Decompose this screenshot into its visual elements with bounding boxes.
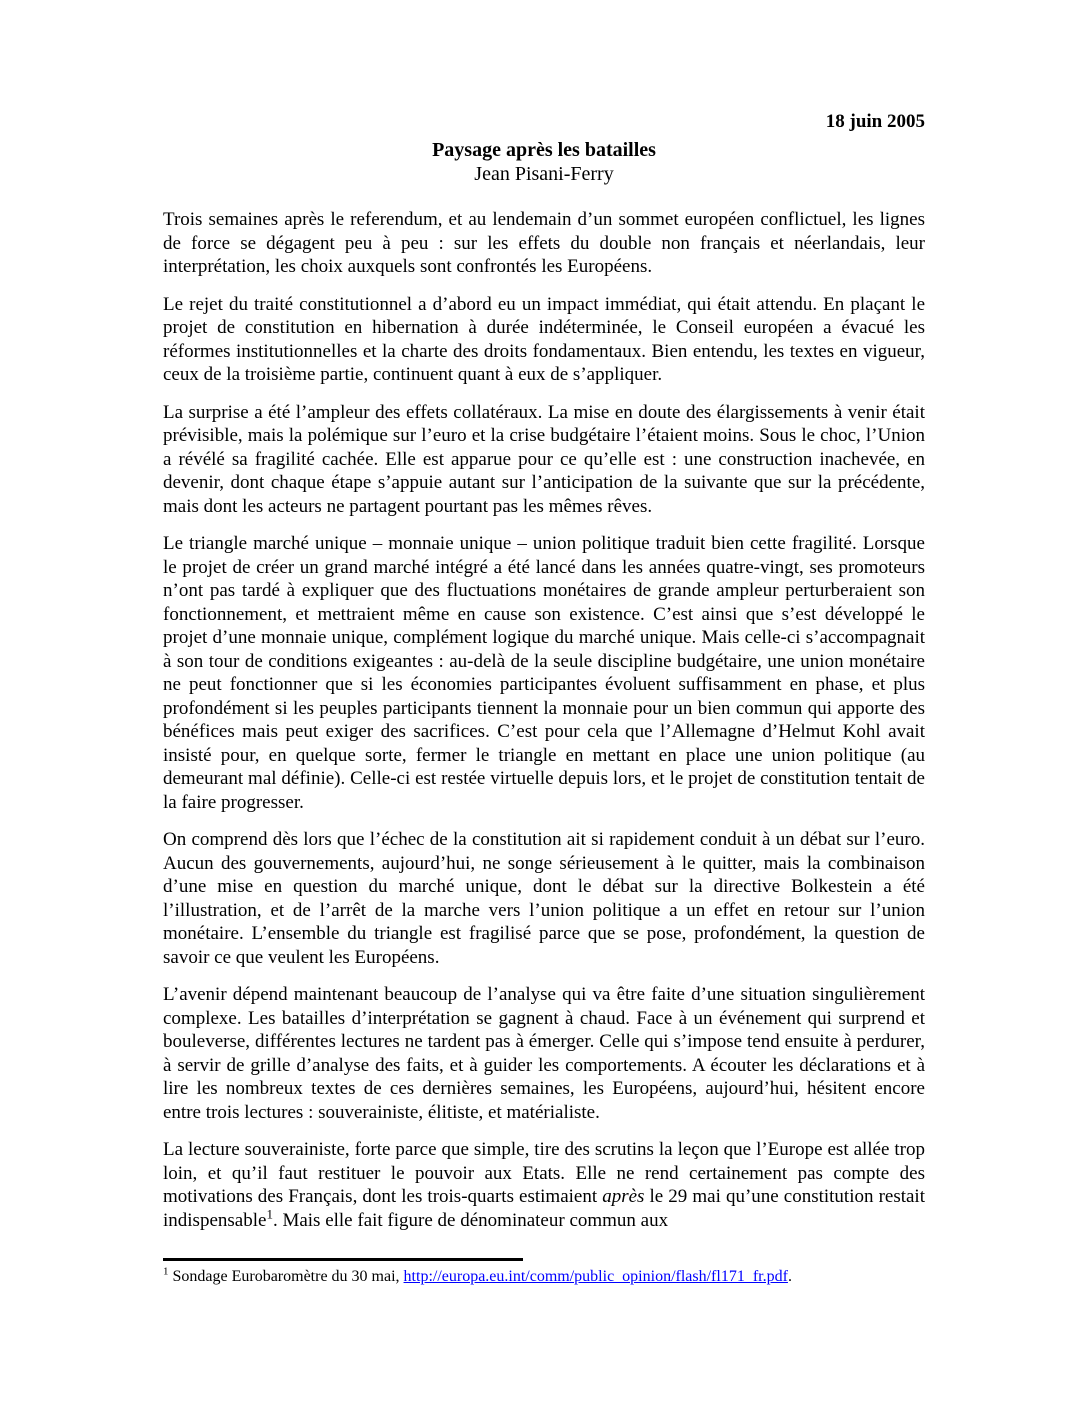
- paragraph-7: La lecture souverainiste, forte parce qu…: [163, 1138, 925, 1232]
- paragraph-7-italic-word: après: [602, 1186, 644, 1207]
- paragraph-5: On comprend dès lors que l’échec de la c…: [163, 828, 925, 969]
- document-body: Trois semaines après le referendum, et a…: [163, 208, 925, 1232]
- document-content: 18 juin 2005 Paysage après les batailles…: [163, 110, 925, 1246]
- document-title: Paysage après les batailles: [163, 138, 925, 162]
- document-date: 18 juin 2005: [163, 110, 925, 134]
- paragraph-4: Le triangle marché unique – monnaie uniq…: [163, 532, 925, 814]
- paragraph-2: Le rejet du traité constitutionnel a d’a…: [163, 293, 925, 387]
- footnote: 1 Sondage Eurobaromètre du 30 mai, http:…: [163, 1258, 925, 1287]
- footnote-separator: [163, 1258, 523, 1261]
- paragraph-6: L’avenir dépend maintenant beaucoup de l…: [163, 983, 925, 1124]
- paragraph-1: Trois semaines après le referendum, et a…: [163, 208, 925, 279]
- paragraph-7-text-end: . Mais elle fait figure de dénominateur …: [273, 1210, 668, 1231]
- footnote-label: Sondage Eurobaromètre du 30 mai,: [169, 1268, 404, 1285]
- footnote-link[interactable]: http://europa.eu.int/comm/public_opinion…: [404, 1268, 788, 1285]
- footnote-suffix: .: [788, 1268, 792, 1285]
- document-page: 18 juin 2005 Paysage après les batailles…: [0, 0, 1088, 1408]
- footnote-text: 1 Sondage Eurobaromètre du 30 mai, http:…: [163, 1267, 925, 1287]
- document-author: Jean Pisani-Ferry: [163, 162, 925, 186]
- paragraph-3: La surprise a été l’ampleur des effets c…: [163, 401, 925, 519]
